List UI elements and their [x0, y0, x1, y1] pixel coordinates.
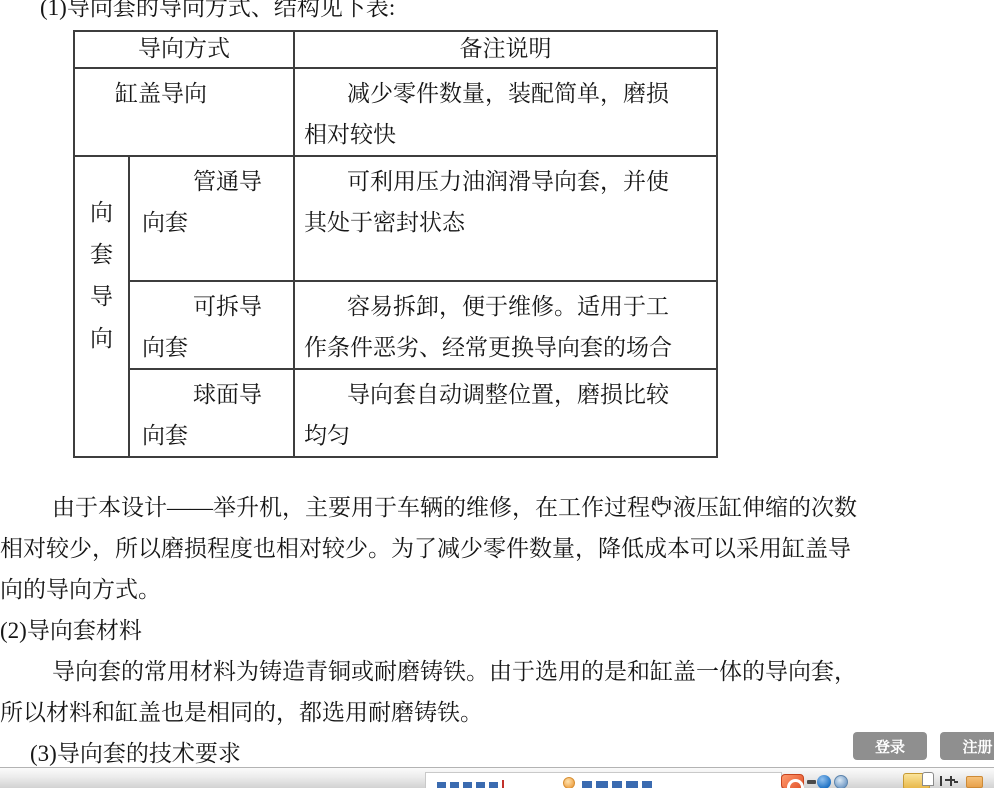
clipped-text-fragment — [582, 781, 592, 788]
clipped-label-fragment — [938, 776, 958, 786]
cell-cylinder-head-note: 减少零件数量，装配简单，磨损 相对较快 — [294, 68, 717, 156]
header-notes: 备注说明 — [294, 31, 717, 68]
clipped-text-fragment — [642, 781, 652, 788]
taskbar-window-panel[interactable] — [425, 772, 782, 788]
guide-method-table: 导向方式 备注说明 缸盖导向 减少零件数量，装配简单，磨损 相对较快 向 套 导… — [73, 30, 718, 458]
cell-sub-label: 球面导 向套 — [129, 369, 294, 457]
cell-sub-label: 管通导 向套 — [129, 156, 294, 281]
cell-sub-note: 容易拆卸，便于维修。适用于工 作条件恶劣、经常更换导向套的场合 — [294, 281, 717, 369]
login-button[interactable]: 登录 — [853, 732, 927, 760]
cell-cylinder-head-label: 缸盖导向 — [74, 68, 294, 156]
globe-browser-icon[interactable] — [834, 775, 848, 788]
paragraph-material: 导向套的常用材料为铸造青铜或耐磨铸铁。由于选用的是和缸盖一体的导向套， 所以材料… — [0, 651, 920, 733]
blue-app-icon[interactable] — [817, 775, 831, 788]
clipped-text-fragment — [437, 782, 446, 788]
presentation-app-icon[interactable] — [781, 774, 804, 788]
clipped-text-fragment — [476, 782, 485, 788]
clipped-text-fragment — [626, 781, 638, 788]
hand-badge-icon — [922, 772, 934, 786]
section2-heading: (2)导向套材料 — [0, 610, 920, 651]
clipped-text-fragment — [463, 782, 472, 788]
table-header-row: 导向方式 备注说明 — [74, 31, 717, 68]
clipped-text-fragment — [489, 782, 498, 788]
clipped-text-fragment — [450, 782, 459, 788]
section1-heading: (1)导向套的导向方式、结构见下表: — [40, 0, 395, 23]
clipped-text-fragment — [612, 781, 622, 788]
cell-sub-label: 可拆导 向套 — [129, 281, 294, 369]
text-cursor-fragment — [502, 780, 504, 788]
vertical-group-label: 向 套 导 向 — [75, 157, 128, 367]
taskbar[interactable] — [0, 767, 994, 788]
cell-sub-note: 可利用压力油润滑导向套，并使 其处于密封状态 — [294, 156, 717, 281]
table-row: 可拆导 向套 容易拆卸，便于维修。适用于工 作条件恶劣、经常更换导向套的场合 — [74, 281, 717, 369]
header-guide-method: 导向方式 — [74, 31, 294, 68]
minimized-window-dash-icon[interactable] — [807, 780, 816, 784]
table-row: 向 套 导 向 管通导 向套 可利用压力油润滑导向套，并使 其处于密封状态 — [74, 156, 717, 281]
orange-app-icon[interactable] — [966, 776, 983, 788]
cell-sub-note: 导向套自动调整位置，磨损比较 均匀 — [294, 369, 717, 457]
paragraph-design-choice: 由于本设计——举升机，主要用于车辆的维修，在工作过程中液压缸伸缩的次数 相对较少… — [0, 487, 920, 610]
table-row: 缸盖导向 减少零件数量，装配简单，磨损 相对较快 — [74, 68, 717, 156]
cell-group-label: 向 套 导 向 — [74, 156, 129, 457]
status-dot-icon — [563, 777, 575, 788]
register-button[interactable]: 注册 — [940, 732, 994, 760]
table-row: 球面导 向套 导向套自动调整位置，磨损比较 均匀 — [74, 369, 717, 457]
clipped-text-fragment — [596, 781, 608, 788]
